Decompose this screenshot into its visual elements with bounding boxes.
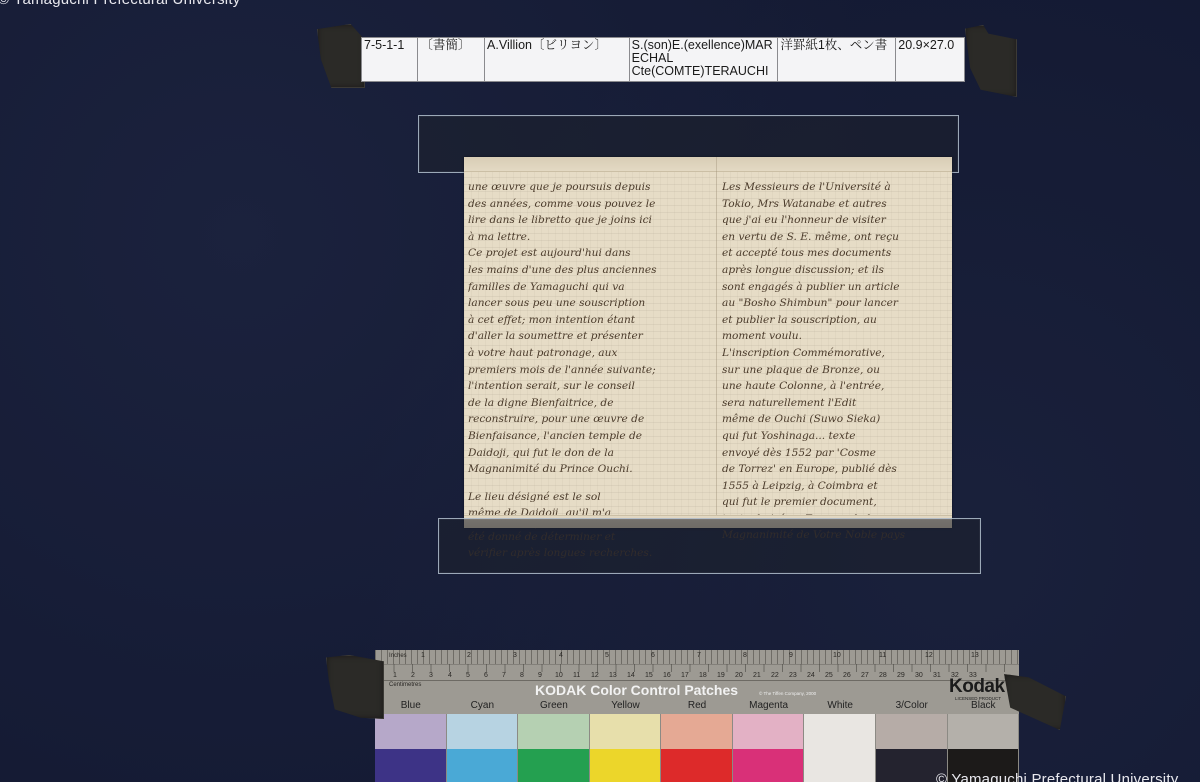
letter-line: Ce projet est aujourd'hui dans <box>468 245 710 262</box>
centimetres-label: Centimetres <box>389 682 421 688</box>
inch-number: 10 <box>833 652 841 659</box>
catalog-author: A.Villion〔ビリヨン〕 <box>485 38 630 82</box>
catalog-size: 20.9×27.0 <box>896 38 965 82</box>
cm-number: 16 <box>663 672 671 679</box>
catalog-type: 〔書簡〕 <box>418 38 485 82</box>
letter-line: Magnanimité du Prince Ouchi. <box>468 461 710 478</box>
catalog-id: 7-5-1-1 <box>362 38 418 82</box>
letter-line: sera naturellement l'Edit <box>722 395 948 412</box>
catalog-material: 洋罫紙1枚、ペン書 <box>778 38 896 82</box>
recipient-line: Cte(COMTE)TERAUCHI <box>632 65 776 78</box>
cm-number: 22 <box>771 672 779 679</box>
tape-bottom-left <box>326 655 384 719</box>
cm-number: 31 <box>933 672 941 679</box>
kodak-logo: Kodak <box>949 676 1005 698</box>
patch-tint <box>661 714 732 749</box>
ruler: Inches 1 2 3 4 5 6 7 8 9 10 11 12 13 1 2… <box>375 650 1019 681</box>
letter-line: et publier la souscription, au <box>722 312 948 329</box>
patch-white <box>804 714 876 782</box>
page-fold <box>716 157 717 528</box>
letter-line: Daidoji, qui fut le don de la <box>468 445 710 462</box>
cm-number: 15 <box>645 672 653 679</box>
acrylic-sleeve-bottom <box>438 518 981 574</box>
letter-line: à ma lettre. <box>468 229 710 246</box>
cm-number: 8 <box>520 672 524 679</box>
cm-number: 5 <box>466 672 470 679</box>
cm-number: 29 <box>897 672 905 679</box>
paragraph-gap <box>468 478 710 489</box>
inch-number: 6 <box>651 652 655 659</box>
color-patches <box>375 714 1019 782</box>
letter-line: moment voulu. <box>722 328 948 345</box>
patch-name: Black <box>948 700 1020 714</box>
patch-solid <box>375 749 446 782</box>
cm-number: 11 <box>573 672 580 679</box>
cm-number: 6 <box>484 672 488 679</box>
cm-number: 26 <box>843 672 851 679</box>
cm-number: 9 <box>538 672 542 679</box>
letter-line: à votre haut patronage, aux <box>468 345 710 362</box>
cm-number: 3 <box>429 672 433 679</box>
letter-line: lancer sous peu une souscription <box>468 295 710 312</box>
patch-solid <box>447 749 518 782</box>
kodak-title: KODAK Color Control Patches <box>535 682 738 698</box>
patch-green <box>518 714 590 782</box>
patch-name: Magenta <box>733 700 805 714</box>
letter-line: l'intention serait, sur le conseil <box>468 378 710 395</box>
cm-number: 17 <box>681 672 689 679</box>
letter-left-page: une œuvre que je poursuis depuis des ann… <box>468 179 710 562</box>
cm-number: 7 <box>502 672 506 679</box>
patch-tint <box>876 714 947 749</box>
inch-number: 11 <box>879 652 886 659</box>
cm-number: 25 <box>825 672 833 679</box>
inch-number: 1 <box>421 652 425 659</box>
cm-number: 10 <box>555 672 563 679</box>
cm-number: 18 <box>699 672 707 679</box>
copyright-watermark-bottom: © Yamaguchi Prefectural University <box>936 771 1178 782</box>
patch-tint <box>948 714 1019 749</box>
cm-number: 19 <box>717 672 725 679</box>
inch-number: 9 <box>789 652 793 659</box>
patch-tint <box>590 714 661 749</box>
letter-line: des années, comme vous pouvez le <box>468 196 710 213</box>
patch-name: Green <box>518 700 590 714</box>
patch-magenta <box>733 714 805 782</box>
letter-line: une œuvre que je poursuis depuis <box>468 179 710 196</box>
letter-line: Bienfaisance, l'ancien temple de <box>468 428 710 445</box>
letter-line: qui fut le premier document, <box>722 494 948 511</box>
tape-top-right <box>965 25 1017 97</box>
inch-number: 3 <box>513 652 517 659</box>
inch-number: 5 <box>605 652 609 659</box>
letter-line: premiers mois de l'année suivante; <box>468 362 710 379</box>
letter-line: de la digne Bienfaitrice, de <box>468 395 710 412</box>
kodak-color-control-strip: Inches 1 2 3 4 5 6 7 8 9 10 11 12 13 1 2… <box>375 650 1019 782</box>
letter-line: de Torrez' en Europe, publié dès <box>722 461 948 478</box>
letter-line: que j'ai eu l'honneur de visiter <box>722 212 948 229</box>
letter-line: Les Messieurs de l'Université à <box>722 179 948 196</box>
patch-name: 3/Color <box>876 700 948 714</box>
letter-line: familles de Yamaguchi qui va <box>468 279 710 296</box>
patch-tint <box>804 714 875 749</box>
letter-line: sont engagés à publier un article <box>722 279 948 296</box>
letter-line: après longue discussion; et ils <box>722 262 948 279</box>
letter-line: reconstruire, pour une œuvre de <box>468 411 710 428</box>
copyright-watermark-top: © Yamaguchi Prefectural University <box>0 0 240 8</box>
letter-line: les mains d'une des plus anciennes <box>468 262 710 279</box>
inch-number: 7 <box>697 652 701 659</box>
patch-tint <box>733 714 804 749</box>
patch-solid <box>518 749 589 782</box>
cm-number: 23 <box>789 672 797 679</box>
cm-number: 2 <box>411 672 415 679</box>
inch-number: 2 <box>467 652 471 659</box>
cm-number: 21 <box>753 672 761 679</box>
cm-number: 13 <box>609 672 617 679</box>
patch-red <box>661 714 733 782</box>
cm-number: 30 <box>915 672 923 679</box>
cm-number: 24 <box>807 672 815 679</box>
letter-line: Tokio, Mrs Watanabe et autres <box>722 196 948 213</box>
patch-solid <box>804 749 875 782</box>
catalog-label: 7-5-1-1 〔書簡〕 A.Villion〔ビリヨン〕 S.(son)E.(e… <box>361 37 965 82</box>
patch-tint <box>375 714 446 749</box>
patch-blue <box>375 714 447 782</box>
letter-line: à cet effet; mon intention étant <box>468 312 710 329</box>
inch-number: 4 <box>559 652 563 659</box>
patch-name: Cyan <box>447 700 519 714</box>
letter-line: lire dans le libretto que je joins ici <box>468 212 710 229</box>
cm-ticks <box>375 664 1019 672</box>
letter-line: en vertu de S. E. même, ont reçu <box>722 229 948 246</box>
patch-tint <box>447 714 518 749</box>
cm-number: 14 <box>627 672 635 679</box>
kodak-copyright: © The Tiffen Company, 2000 <box>759 691 816 696</box>
letter-line: même de Ouchi (Suwo Sieka) <box>722 411 948 428</box>
cm-number: 12 <box>591 672 599 679</box>
letter-line: et accepté tous mes documents <box>722 245 948 262</box>
letter-line: une haute Colonne, à l'entrée, <box>722 378 948 395</box>
tape-top-left <box>317 24 365 88</box>
letter-line: envoyé dès 1552 par 'Cosme <box>722 445 948 462</box>
patch-cyan <box>447 714 519 782</box>
patch-name: Blue <box>375 700 447 714</box>
patch-name: Yellow <box>590 700 662 714</box>
letter-line: sur une plaque de Bronze, ou <box>722 362 948 379</box>
handwritten-letter: une œuvre que je poursuis depuis des ann… <box>464 157 952 528</box>
patch-solid <box>733 749 804 782</box>
letter-line: 1555 à Leipzig, à Coimbra et <box>722 478 948 495</box>
patch-names: Blue Cyan Green Yellow Red Magenta White… <box>375 700 1019 714</box>
patch-name: White <box>804 700 876 714</box>
patch-yellow <box>590 714 662 782</box>
inch-number: 13 <box>971 652 979 659</box>
cm-number: 27 <box>861 672 869 679</box>
letter-line: au "Bosho Shimbun" pour lancer <box>722 295 948 312</box>
patch-solid <box>661 749 732 782</box>
letter-line: L'inscription Commémorative, <box>722 345 948 362</box>
letter-line: d'aller la soumettre et présenter <box>468 328 710 345</box>
cm-number: 1 <box>393 672 397 679</box>
patch-solid <box>590 749 661 782</box>
patch-name: Red <box>661 700 733 714</box>
letter-line: Le lieu désigné est le sol <box>468 489 710 506</box>
inches-label: Inches <box>389 653 407 659</box>
letter-right-page: Les Messieurs de l'Université à Tokio, M… <box>722 179 948 544</box>
inch-number: 8 <box>743 652 747 659</box>
cm-number: 20 <box>735 672 743 679</box>
cm-number: 4 <box>448 672 452 679</box>
catalog-recipient: S.(son)E.(exellence)MAR ECHAL Cte(COMTE)… <box>629 38 778 82</box>
patch-tint <box>518 714 589 749</box>
cm-number: 28 <box>879 672 887 679</box>
letter-line: qui fut Yoshinaga... texte <box>722 428 948 445</box>
inch-number: 12 <box>925 652 933 659</box>
